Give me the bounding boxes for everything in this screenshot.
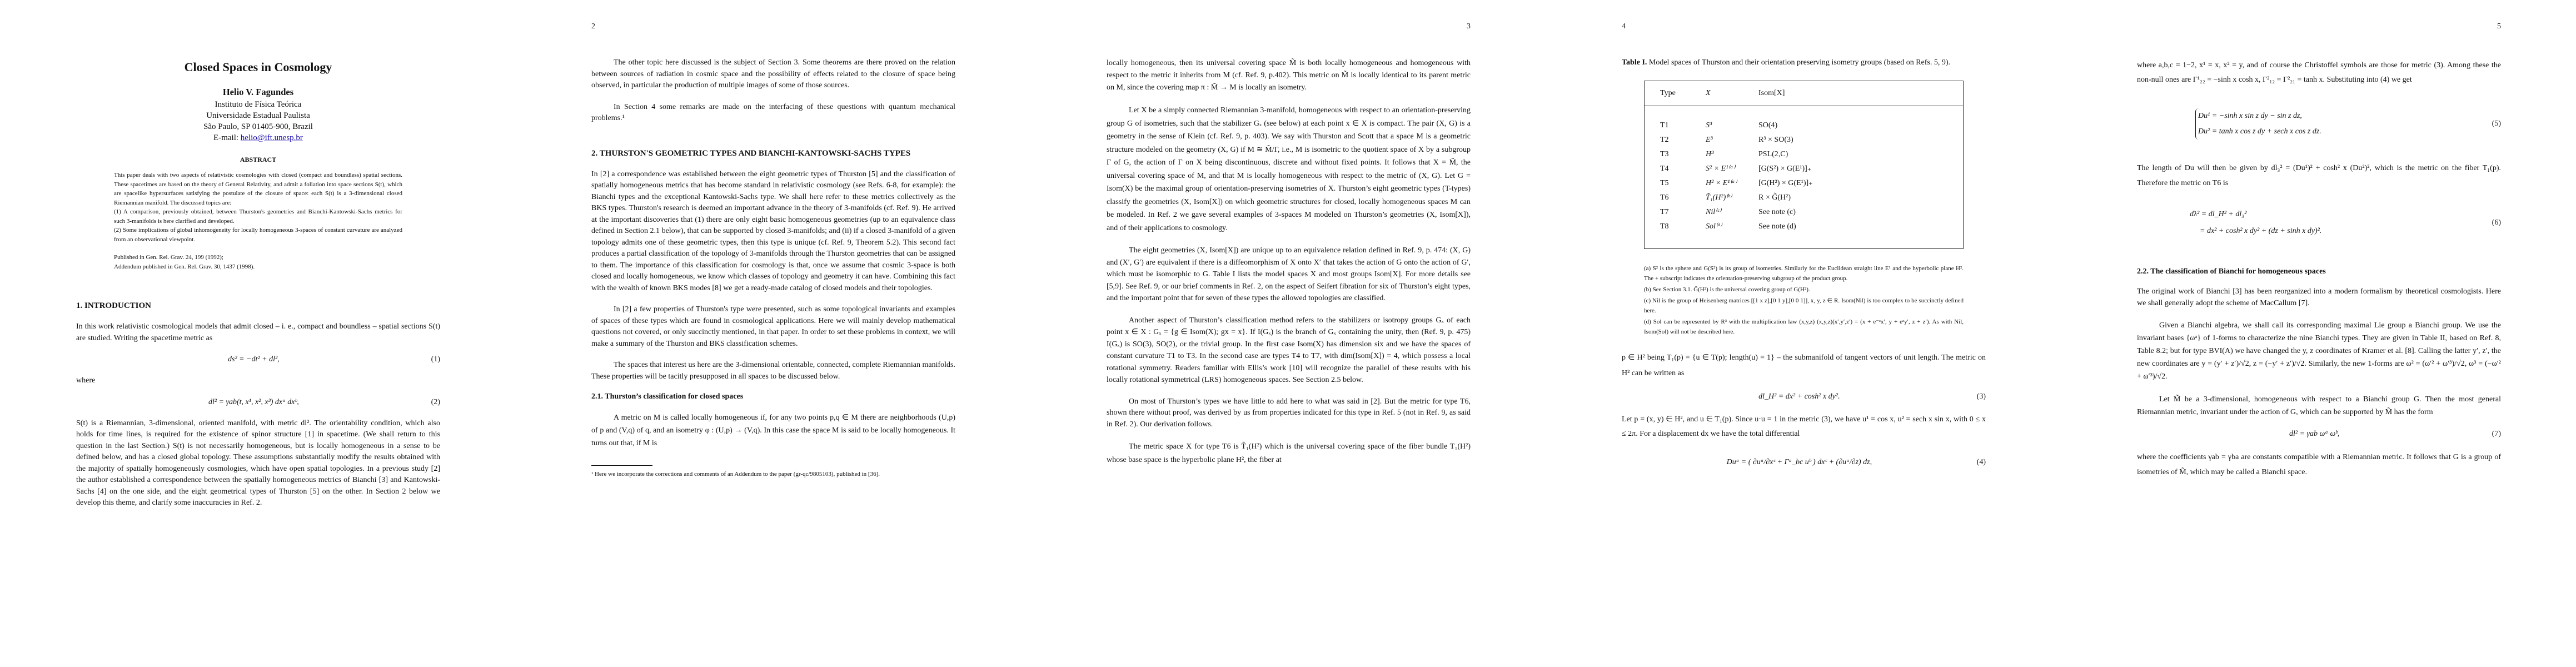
paragraph: The eight geometries (X, Isom[X]) are un… bbox=[1107, 245, 1471, 305]
paragraph: The metric space X for type T6 is T̃₁(H²… bbox=[1107, 440, 1471, 467]
equation-body: dλ² = dl_H² + dl₃² = dx² + cosh² x dy² +… bbox=[2137, 206, 2492, 240]
subsection-heading: 2.2. The classification of Bianchi for h… bbox=[2137, 267, 2501, 276]
equation-number: (5) bbox=[2492, 120, 2501, 128]
abstract: This paper deals with two aspects of rel… bbox=[76, 171, 440, 271]
page-5: 5 where a,b,c = 1−2, x¹ = x, x² = y, and… bbox=[2061, 0, 2576, 667]
equation-line: Du² = tanh x cos z dy + sech x cos z dz. bbox=[2198, 127, 2321, 136]
table-caption-text: Model spaces of Thurston and their orien… bbox=[1647, 58, 1950, 67]
subsection-heading: 2.1. Thurston’s classification for close… bbox=[591, 392, 955, 401]
paragraph: In this work relativistic cosmological m… bbox=[76, 321, 440, 344]
column-header-x: X bbox=[1706, 89, 1758, 98]
cell-isom: [G(S²) × G(E¹)]₊ bbox=[1758, 162, 1963, 176]
paragraph: Let M̃ be a 3-dimensional, homogeneous w… bbox=[2137, 393, 2501, 419]
equation-number: (1) bbox=[431, 355, 440, 364]
table-header-row: Type X Isom[X] bbox=[1645, 81, 1963, 106]
paragraph: locally homogeneous, then its universal … bbox=[1107, 57, 1471, 94]
paragraph: Let X be a simply connected Riemannian 3… bbox=[1107, 104, 1471, 235]
email-link[interactable]: helio@ift.unesp.br bbox=[241, 133, 303, 142]
section-heading: 1. INTRODUCTION bbox=[76, 300, 440, 311]
abstract-item: (1) A comparison, previously obtained, b… bbox=[114, 207, 402, 226]
cell-x: T̃₁(H²)⁽ᵇ⁾ bbox=[1706, 191, 1758, 205]
paragraph: The other topic here discussed is the su… bbox=[591, 57, 955, 92]
cell-isom: See note (d) bbox=[1758, 220, 1963, 234]
table-row: T5H² × E¹⁽ᵃ⁾[G(H²) × G(E¹)]₊ bbox=[1645, 176, 1963, 191]
equation-line: = dx² + cosh² x dy² + (dz + sinh x dy)². bbox=[2190, 227, 2321, 235]
equation-body: dl_H² = dx² + cosh² x dy². bbox=[1622, 392, 1977, 401]
abstract-item: (2) Some implications of global inhomoge… bbox=[114, 226, 402, 244]
cell-x: S³ bbox=[1706, 118, 1758, 133]
cell-type: T8 bbox=[1660, 220, 1706, 234]
cell-x: Nil⁽ᶜ⁾ bbox=[1706, 205, 1758, 220]
paragraph: Another aspect of Thurston’s classificat… bbox=[1107, 315, 1471, 386]
cell-type: T1 bbox=[1660, 118, 1706, 133]
table-row: T8Sol⁽ᵈ⁾See note (d) bbox=[1645, 220, 1963, 234]
equation: Du¹ = −sinh x sin z dy − sin z dz, Du² =… bbox=[2137, 108, 2501, 140]
paragraph: S(t) is a Riemannian, 3-dimensional, ori… bbox=[76, 418, 440, 509]
equation-body: dl² = γab(t, x¹, x², x³) dxᵃ dxᵇ, bbox=[76, 398, 431, 407]
equation-number: (7) bbox=[2492, 430, 2501, 439]
table-note: (a) S² is the sphere and G(S²) is its gr… bbox=[1644, 263, 1964, 283]
abstract-heading: ABSTRACT bbox=[76, 156, 440, 164]
equation-line: dλ² = dl_H² + dl₃² bbox=[2190, 210, 2246, 218]
page-number: 3 bbox=[1467, 22, 1471, 31]
cell-isom: See note (c) bbox=[1758, 205, 1963, 220]
paragraph: where the coefficients γab = γba are con… bbox=[2137, 450, 2501, 480]
table-row: T6T̃₁(H²)⁽ᵇ⁾R × G̃(H²) bbox=[1645, 191, 1963, 205]
cell-x: H³ bbox=[1706, 147, 1758, 162]
cell-type: T6 bbox=[1660, 191, 1706, 205]
column-header-isom: Isom[X] bbox=[1758, 89, 1963, 98]
table-row: T4S² × E¹⁽ᵃ⁾[G(S²) × G(E¹)]₊ bbox=[1645, 162, 1963, 176]
footnote: ¹ Here we incorporate the corrections an… bbox=[591, 470, 955, 479]
paragraph: In Section 4 some remarks are made on th… bbox=[591, 102, 955, 125]
equation-body: dl² = γab ωᵃ ωᵇ, bbox=[2137, 430, 2492, 439]
cell-x: E³ bbox=[1706, 133, 1758, 147]
table-notes: (a) S² is the sphere and G(S²) is its gr… bbox=[1644, 263, 1964, 337]
page-2: 2 The other topic here discussed is the … bbox=[515, 0, 1030, 667]
cell-isom: [G(H²) × G(E¹)]₊ bbox=[1758, 176, 1963, 191]
equation: Duᵃ = ( ∂uᵃ/∂xᶜ + Γᵃ_bc uᵇ ) dxᶜ + (∂uᵃ/… bbox=[1622, 458, 1986, 467]
equation: dl_H² = dx² + cosh² x dy².(3) bbox=[1622, 392, 1986, 401]
table-row: T2E³R³ × SO(3) bbox=[1645, 133, 1963, 147]
paragraph: The spaces that interest us here are the… bbox=[591, 360, 955, 382]
paragraph: Let p = (x, y) ∈ H², and u ∈ T₁(p). Sinc… bbox=[1622, 412, 1986, 441]
cell-type: T2 bbox=[1660, 133, 1706, 147]
page-4: 4 Table I. Model spaces of Thurston and … bbox=[1546, 0, 2061, 667]
equation: dl² = γab ωᵃ ωᵇ,(7) bbox=[2137, 430, 2501, 439]
paragraph: Given a Bianchi algebra, we shall call i… bbox=[2137, 319, 2501, 383]
paragraph: In [2] a few properties of Thurston's ty… bbox=[591, 304, 955, 350]
table-thurston-types: Type X Isom[X] T1S³SO(4) T2E³R³ × SO(3) … bbox=[1644, 81, 1964, 249]
page-number: 4 bbox=[1622, 22, 1626, 31]
equation: dλ² = dl_H² + dl₃² = dx² + cosh² x dy² +… bbox=[2137, 206, 2501, 240]
cell-x: S² × E¹⁽ᵃ⁾ bbox=[1706, 162, 1758, 176]
cell-type: T3 bbox=[1660, 147, 1706, 162]
author-name: Helio V. Fagundes bbox=[76, 87, 440, 98]
paragraph: The length of Du will then be given by d… bbox=[2137, 161, 2501, 191]
email-label: E-mail: bbox=[213, 133, 241, 142]
equation: ds² = −dt² + dl²,(1) bbox=[76, 355, 440, 364]
cell-type: T7 bbox=[1660, 205, 1706, 220]
paragraph: In [2] a correspondence was established … bbox=[591, 169, 955, 295]
table-note: (c) Nil is the group of Heisenberg matri… bbox=[1644, 296, 1964, 316]
equation-number: (4) bbox=[1977, 458, 1986, 467]
affiliation-line: Universidade Estadual Paulista bbox=[76, 110, 440, 121]
equation-number: (3) bbox=[1977, 392, 1986, 401]
email-line: E-mail: helio@ift.unesp.br bbox=[76, 132, 440, 143]
paragraph: On most of Thurston’s types we have litt… bbox=[1107, 396, 1471, 431]
table-note: (d) Sol can be represented by R³ with th… bbox=[1644, 317, 1964, 337]
page-1: Closed Spaces in Cosmology Helio V. Fagu… bbox=[0, 0, 515, 667]
table-caption: Table I. Model spaces of Thurston and th… bbox=[1622, 57, 1986, 68]
footnote-rule bbox=[591, 465, 652, 466]
cell-type: T4 bbox=[1660, 162, 1706, 176]
abstract-paragraph: This paper deals with two aspects of rel… bbox=[114, 171, 402, 207]
equation-body: Du¹ = −sinh x sin z dy − sin z dz, Du² =… bbox=[2137, 108, 2492, 140]
publication-note: Addendum published in Gen. Rel. Grav. 30… bbox=[114, 262, 402, 272]
cell-isom: R × G̃(H²) bbox=[1758, 191, 1963, 205]
cell-isom: PSL(2,C) bbox=[1758, 147, 1963, 162]
paragraph: p ∈ H² being T₁(p) = {u ∈ T(p); length(u… bbox=[1622, 350, 1986, 381]
cell-x: H² × E¹⁽ᵃ⁾ bbox=[1706, 176, 1758, 191]
paragraph: A metric on M is called locally homogene… bbox=[591, 411, 955, 450]
equation-line: Du¹ = −sinh x sin z dy − sin z dz, bbox=[2198, 112, 2302, 120]
page-number: 2 bbox=[591, 22, 595, 31]
equation: dl² = γab(t, x¹, x², x³) dxᵃ dxᵇ,(2) bbox=[76, 398, 440, 407]
publication-note: Published in Gen. Rel. Grav. 24, 199 (19… bbox=[114, 253, 402, 262]
table-row: T3H³PSL(2,C) bbox=[1645, 147, 1963, 162]
paper-title: Closed Spaces in Cosmology bbox=[76, 60, 440, 74]
section-heading: 2. THURSTON'S GEOMETRIC TYPES AND BIANCH… bbox=[591, 148, 955, 159]
equation-body: ds² = −dt² + dl², bbox=[76, 355, 431, 364]
table-body: T1S³SO(4) T2E³R³ × SO(3) T3H³PSL(2,C) T4… bbox=[1645, 106, 1963, 248]
equation-number: (2) bbox=[431, 398, 440, 407]
table-row: T7Nil⁽ᶜ⁾See note (c) bbox=[1645, 205, 1963, 220]
cell-type: T5 bbox=[1660, 176, 1706, 191]
paragraph: where a,b,c = 1−2, x¹ = x, x² = y, and o… bbox=[2137, 58, 2501, 87]
column-header-type: Type bbox=[1660, 89, 1706, 98]
cell-isom: R³ × SO(3) bbox=[1758, 133, 1963, 147]
equation-number: (6) bbox=[2492, 218, 2501, 227]
paragraph: The original work of Bianchi [3] has bee… bbox=[2137, 286, 2501, 309]
affiliation-line: Instituto de Física Teórica bbox=[76, 99, 440, 110]
table-label: Table I. bbox=[1622, 58, 1647, 67]
paragraph: where bbox=[76, 375, 440, 387]
page-number: 5 bbox=[2497, 22, 2501, 31]
affiliation-line: São Paulo, SP 01405-900, Brazil bbox=[76, 121, 440, 132]
cell-isom: SO(4) bbox=[1758, 118, 1963, 133]
page-3: 3 locally homogeneous, then its universa… bbox=[1030, 0, 1546, 667]
equation-body: Duᵃ = ( ∂uᵃ/∂xᶜ + Γᵃ_bc uᵇ ) dxᶜ + (∂uᵃ/… bbox=[1622, 458, 1977, 467]
table-row: T1S³SO(4) bbox=[1645, 118, 1963, 133]
document-spread: Closed Spaces in Cosmology Helio V. Fagu… bbox=[0, 0, 2576, 667]
table-note: (b) See Section 3.1. G̃(H²) is the unive… bbox=[1644, 285, 1964, 295]
cell-x: Sol⁽ᵈ⁾ bbox=[1706, 220, 1758, 234]
